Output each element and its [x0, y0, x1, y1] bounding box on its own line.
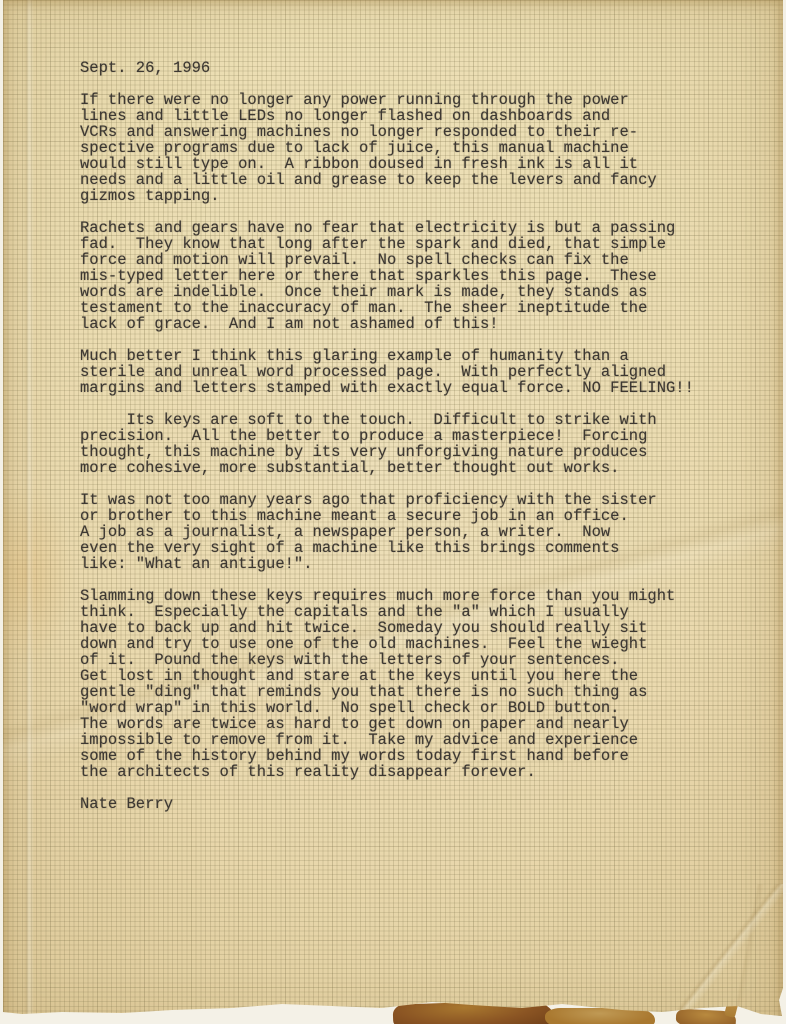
letter-paragraph: Much better I think this glaring example…	[80, 348, 720, 396]
letter-paragraph: It was not too many years ago that profi…	[80, 492, 720, 572]
letter-paragraphs: If there were no longer any power runnin…	[80, 92, 720, 812]
letter-paragraph: If there were no longer any power runnin…	[80, 92, 720, 204]
letter-paragraph: Its keys are soft to the touch. Difficul…	[80, 412, 720, 476]
typewritten-letter: Sept. 26, 1996 If there were no longer a…	[80, 60, 720, 812]
letter-date: Sept. 26, 1996	[80, 60, 720, 76]
scanned-letter-scene: Sept. 26, 1996 If there were no longer a…	[0, 0, 786, 1024]
letter-signature: Nate Berry	[80, 796, 720, 812]
letter-paragraph: Rachets and gears have no fear that elec…	[80, 220, 720, 332]
letter-paragraph: Slamming down these keys requires much m…	[80, 588, 720, 780]
